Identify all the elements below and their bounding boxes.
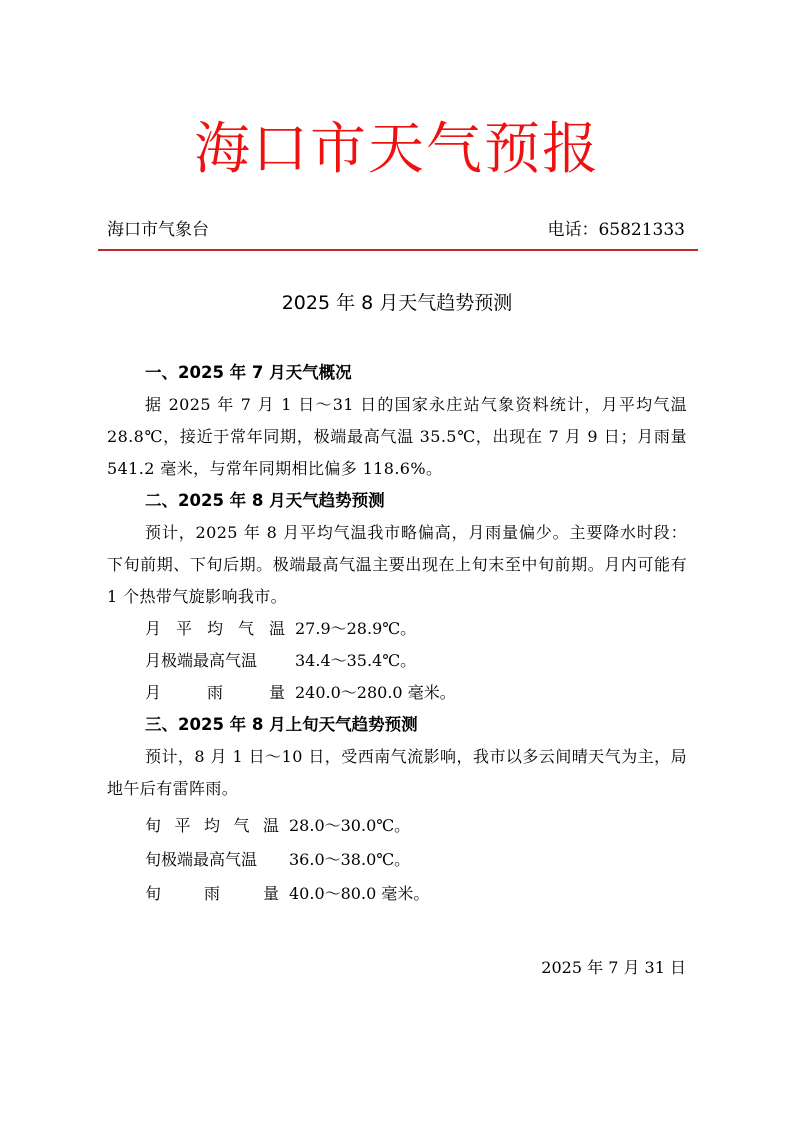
label-char: 温	[269, 613, 285, 645]
section-1-paragraph: 据 2025 年 7 月 1 日～31 日的国家永庄站气象资料统计，月平均气温 …	[107, 389, 687, 485]
stat-row: 月 平 均 气 温 27.9～28.9℃。	[107, 613, 687, 645]
label-char: 平	[176, 613, 192, 645]
stat-label: 月 平 均 气 温	[145, 613, 285, 645]
report-title: 海口市天气预报	[0, 112, 794, 188]
stat-value: 28.0～30.0℃。	[289, 809, 410, 843]
stat-value: 34.4～35.4℃。	[295, 645, 416, 677]
section-2-paragraph: 预计，2025 年 8 月平均气温我市略偏高，月雨量偏少。主要降水时段：下旬前期…	[107, 517, 687, 613]
stat-label: 旬极端最高气温	[145, 843, 279, 877]
stat-row: 月极端最高气温 34.4～35.4℃。	[107, 645, 687, 677]
label-char: 月	[145, 613, 161, 645]
stat-label: 月 雨 量	[145, 677, 285, 709]
label-char: 雨	[207, 677, 223, 709]
label-char: 月极端最高气温	[145, 645, 257, 677]
stat-label: 旬 雨 量	[145, 877, 279, 911]
label-char: 旬	[145, 877, 161, 911]
organization-name: 海口市气象台	[107, 218, 209, 242]
label-char: 雨	[204, 877, 220, 911]
stat-row: 月 雨 量 240.0～280.0 毫米。	[107, 677, 687, 709]
label-char: 月	[145, 677, 161, 709]
stat-label: 月极端最高气温	[145, 645, 285, 677]
label-char: 均	[204, 809, 220, 843]
label-char: 量	[263, 877, 279, 911]
stat-value: 36.0～38.0℃。	[289, 843, 410, 877]
label-char: 气	[233, 809, 249, 843]
label-char: 温	[263, 809, 279, 843]
label-char: 气	[238, 613, 254, 645]
label-char: 旬极端最高气温	[145, 843, 257, 877]
section-heading-2: 二、2025 年 8 月天气趋势预测	[107, 485, 687, 517]
stat-value: 27.9～28.9℃。	[295, 613, 416, 645]
header-divider	[98, 249, 698, 251]
stat-label: 旬 平 均 气 温	[145, 809, 279, 843]
phone-number: 电话：65821333	[547, 218, 685, 242]
section-heading-3: 三、2025 年 8 月上旬天气趋势预测	[107, 709, 687, 741]
label-char: 均	[207, 613, 223, 645]
section-3-paragraph: 预计，8 月 1 日～10 日，受西南气流影响，我市以多云间晴天气为主，局地午后…	[107, 741, 687, 805]
label-char: 平	[174, 809, 190, 843]
stat-row: 旬极端最高气温 36.0～38.0℃。	[107, 843, 687, 877]
document-body: 一、2025 年 7 月天气概况 据 2025 年 7 月 1 日～31 日的国…	[107, 357, 687, 911]
stat-row: 旬 雨 量 40.0～80.0 毫米。	[107, 877, 687, 911]
label-char: 旬	[145, 809, 161, 843]
stat-row: 旬 平 均 气 温 28.0～30.0℃。	[107, 809, 687, 843]
issue-date: 2025 年 7 月 31 日	[541, 956, 686, 980]
stat-value: 40.0～80.0 毫米。	[289, 877, 429, 911]
stat-value: 240.0～280.0 毫米。	[295, 677, 456, 709]
label-char: 量	[269, 677, 285, 709]
section-heading-1: 一、2025 年 7 月天气概况	[107, 357, 687, 389]
header-info: 海口市气象台 电话：65821333	[107, 218, 685, 242]
document-title: 2025 年 8 月天气趋势预测	[0, 289, 794, 317]
